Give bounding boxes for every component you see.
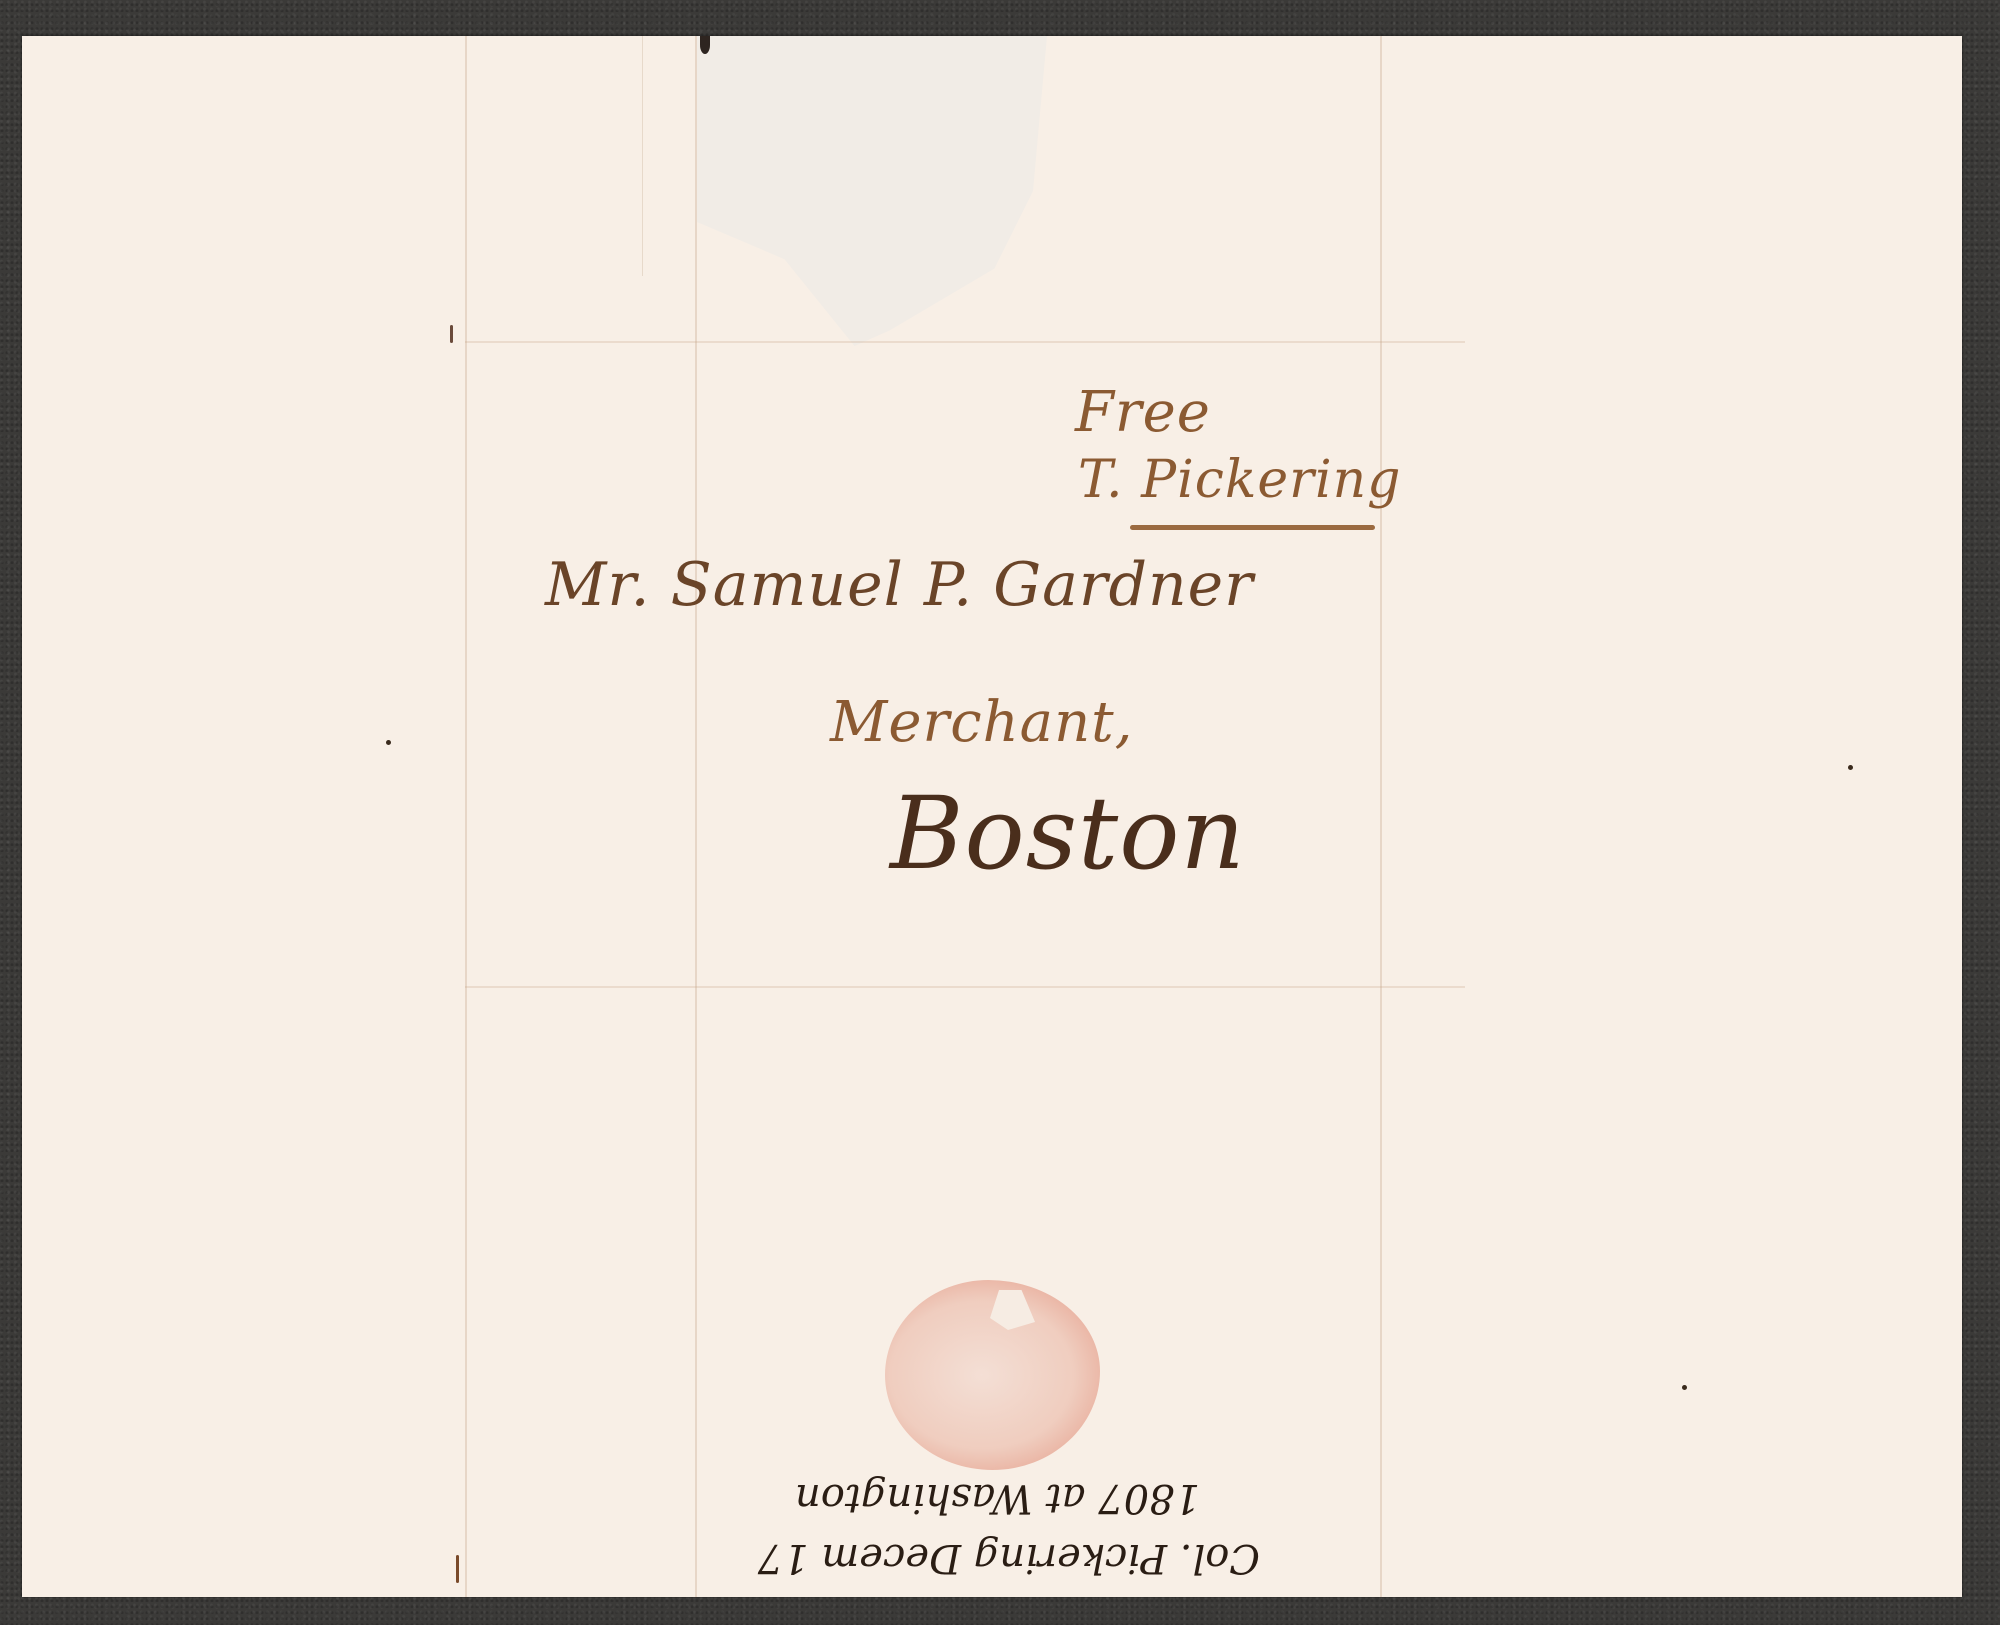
docket-line-2: 1807 at Washington xyxy=(680,1468,1260,1528)
fold-line-vertical-right xyxy=(1380,36,1382,1597)
ink-spot xyxy=(1848,765,1853,770)
fold-line-horizontal-bottom xyxy=(465,986,1465,988)
franking-free: Free xyxy=(1075,380,1211,445)
franking-signature: T. Pickering xyxy=(1078,450,1401,510)
ink-spot xyxy=(1682,1385,1687,1390)
fold-line-vertical-center-left xyxy=(695,36,697,1597)
address-city: Boston xyxy=(890,775,1246,892)
paper-notch xyxy=(700,36,710,54)
docket-line-1: Col. Pickering Decem 17 xyxy=(680,1528,1260,1588)
fold-crease-diagonal xyxy=(642,36,853,276)
fold-line-horizontal-top xyxy=(465,341,1465,343)
wax-seal xyxy=(885,1280,1100,1470)
signature-underline xyxy=(1130,525,1375,530)
addressee-occupation: Merchant, xyxy=(830,690,1133,755)
ink-spot xyxy=(386,740,391,745)
fold-line-vertical-left xyxy=(465,36,467,1597)
ink-stroke xyxy=(456,1555,459,1583)
addressee-name: Mr. Samuel P. Gardner xyxy=(545,550,1254,620)
docket-note: Col. Pickering Decem 17 1807 at Washingt… xyxy=(680,1468,1260,1588)
ink-stroke xyxy=(450,325,453,343)
